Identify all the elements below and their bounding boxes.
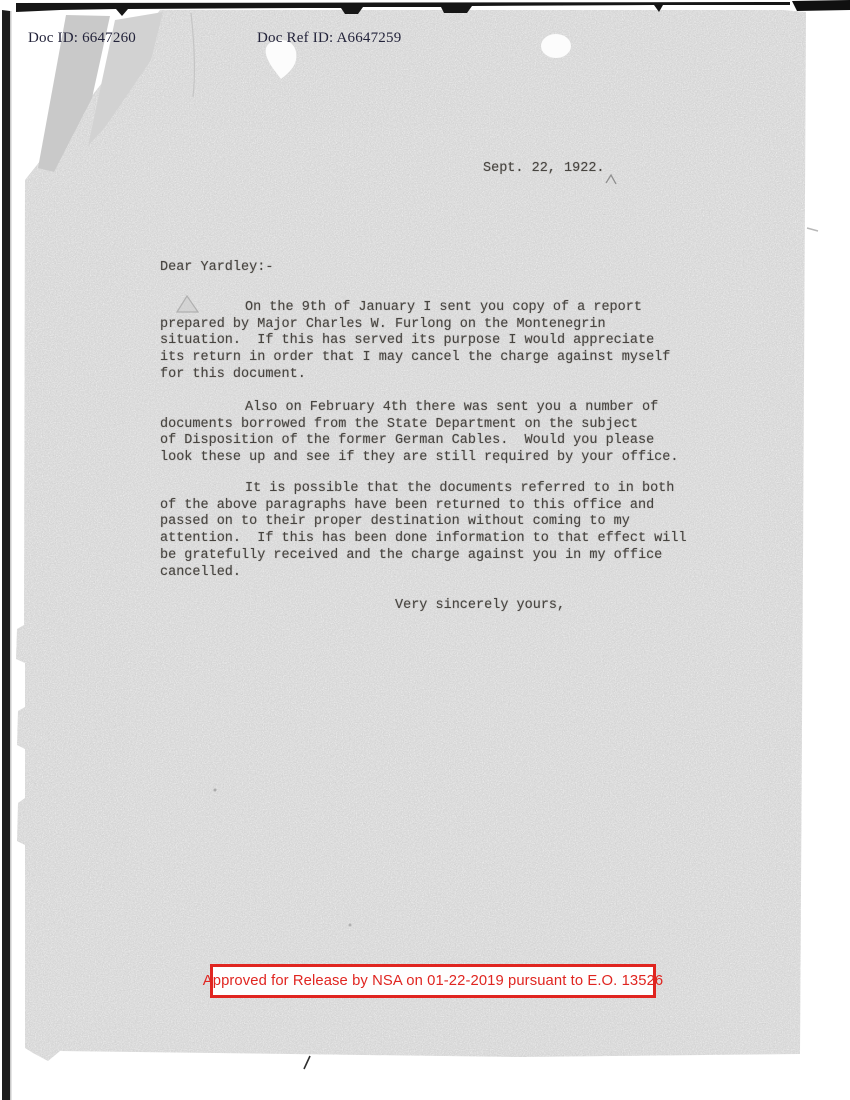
right-edge-mark: [807, 228, 818, 231]
doc-id-label: Doc ID: 6647260: [28, 30, 136, 47]
release-stamp-text: Approved for Release by NSA on 01-22-201…: [203, 973, 663, 989]
letter-closing: Very sincerely yours,: [395, 598, 565, 615]
binder-edge: [2, 10, 12, 1100]
letter-paragraph-1: On the 9th of January I sent you copy of…: [160, 300, 760, 384]
paper-speck: [349, 924, 352, 927]
scanned-letter-page: Doc ID: 6647260 Doc Ref ID: A6647259 Sep…: [0, 0, 850, 1100]
bottom-slash-mark: [304, 1056, 310, 1069]
paper-speck: [214, 789, 217, 792]
punch-hole-icon: [541, 34, 571, 58]
release-stamp: Approved for Release by NSA on 01-22-201…: [210, 964, 656, 998]
letter-paragraph-2: Also on February 4th there was sent you …: [160, 400, 760, 467]
letter-paragraph-3: It is possible that the documents referr…: [160, 481, 760, 581]
doc-ref-id-label: Doc Ref ID: A6647259: [257, 30, 401, 47]
letter-salutation: Dear Yardley:-: [160, 260, 273, 277]
top-right-edge-mark: [792, 0, 850, 11]
letter-date: Sept. 22, 1922.: [483, 161, 605, 178]
